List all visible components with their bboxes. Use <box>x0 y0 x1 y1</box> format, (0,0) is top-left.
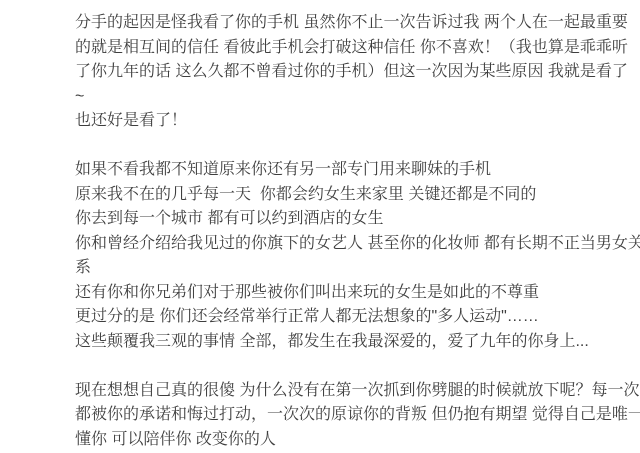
text-line: 分手的起因是怪我看了你的手机 虽然你不止一次告诉过我 两个人在一起最重要 <box>75 11 632 36</box>
text-line: 系 <box>75 256 632 281</box>
text-line: 原来我不在的几乎每一天 你都会约女生来家里 关键还都是不同的 <box>75 183 632 208</box>
article-text: 分手的起因是怪我看了你的手机 虽然你不止一次告诉过我 两个人在一起最重要 的就是… <box>75 11 632 452</box>
text-line: 了你九年的话 这么久都不曾看过你的手机）但这一次因为某些原因 我就是看了 <box>75 60 632 85</box>
text-line: 懂你 可以陪伴你 改变你的人 <box>75 428 632 453</box>
text-line: 这些颠覆我三观的事情 全部，都发生在我最深爱的，爱了九年的你身上... <box>75 330 632 355</box>
text-line: 你去到每一个城市 都有可以约到酒店的女生 <box>75 207 632 232</box>
text-line: ~ <box>75 85 632 110</box>
text-line: 都被你的承诺和悔过打动，一次次的原谅你的背叛 但仍抱有期望 觉得自己是唯一 <box>75 403 632 428</box>
text-line: 你和曾经介绍给我见过的你旗下的女艺人 甚至你的化妆师 都有长期不正当男女关 <box>75 232 632 257</box>
text-line: 还有你和你兄弟们对于那些被你们叫出来玩的女生是如此的不尊重 <box>75 281 632 306</box>
paragraph-breakup-cause: 分手的起因是怪我看了你的手机 虽然你不止一次告诉过我 两个人在一起最重要 的就是… <box>75 11 632 134</box>
paragraph-reflection: 现在想想自己真的很傻 为什么没有在第一次抓到你劈腿的时候就放下呢？每一次 都被你… <box>75 379 632 453</box>
paragraph-discoveries: 如果不看我都不知道原来你还有另一部专门用来聊妹的手机 原来我不在的几乎每一天 你… <box>75 158 632 354</box>
text-line: 的就是相互间的信任 看彼此手机会打破这种信任 你不喜欢！（我也算是乖乖听 <box>75 36 632 61</box>
text-line: 如果不看我都不知道原来你还有另一部专门用来聊妹的手机 <box>75 158 632 183</box>
text-line: 也还好是看了！ <box>75 109 632 134</box>
text-line: 更过分的是 你们还会经常举行正常人都无法想象的"多人运动"…… <box>75 305 632 330</box>
text-line: 现在想想自己真的很傻 为什么没有在第一次抓到你劈腿的时候就放下呢？每一次 <box>75 379 632 404</box>
